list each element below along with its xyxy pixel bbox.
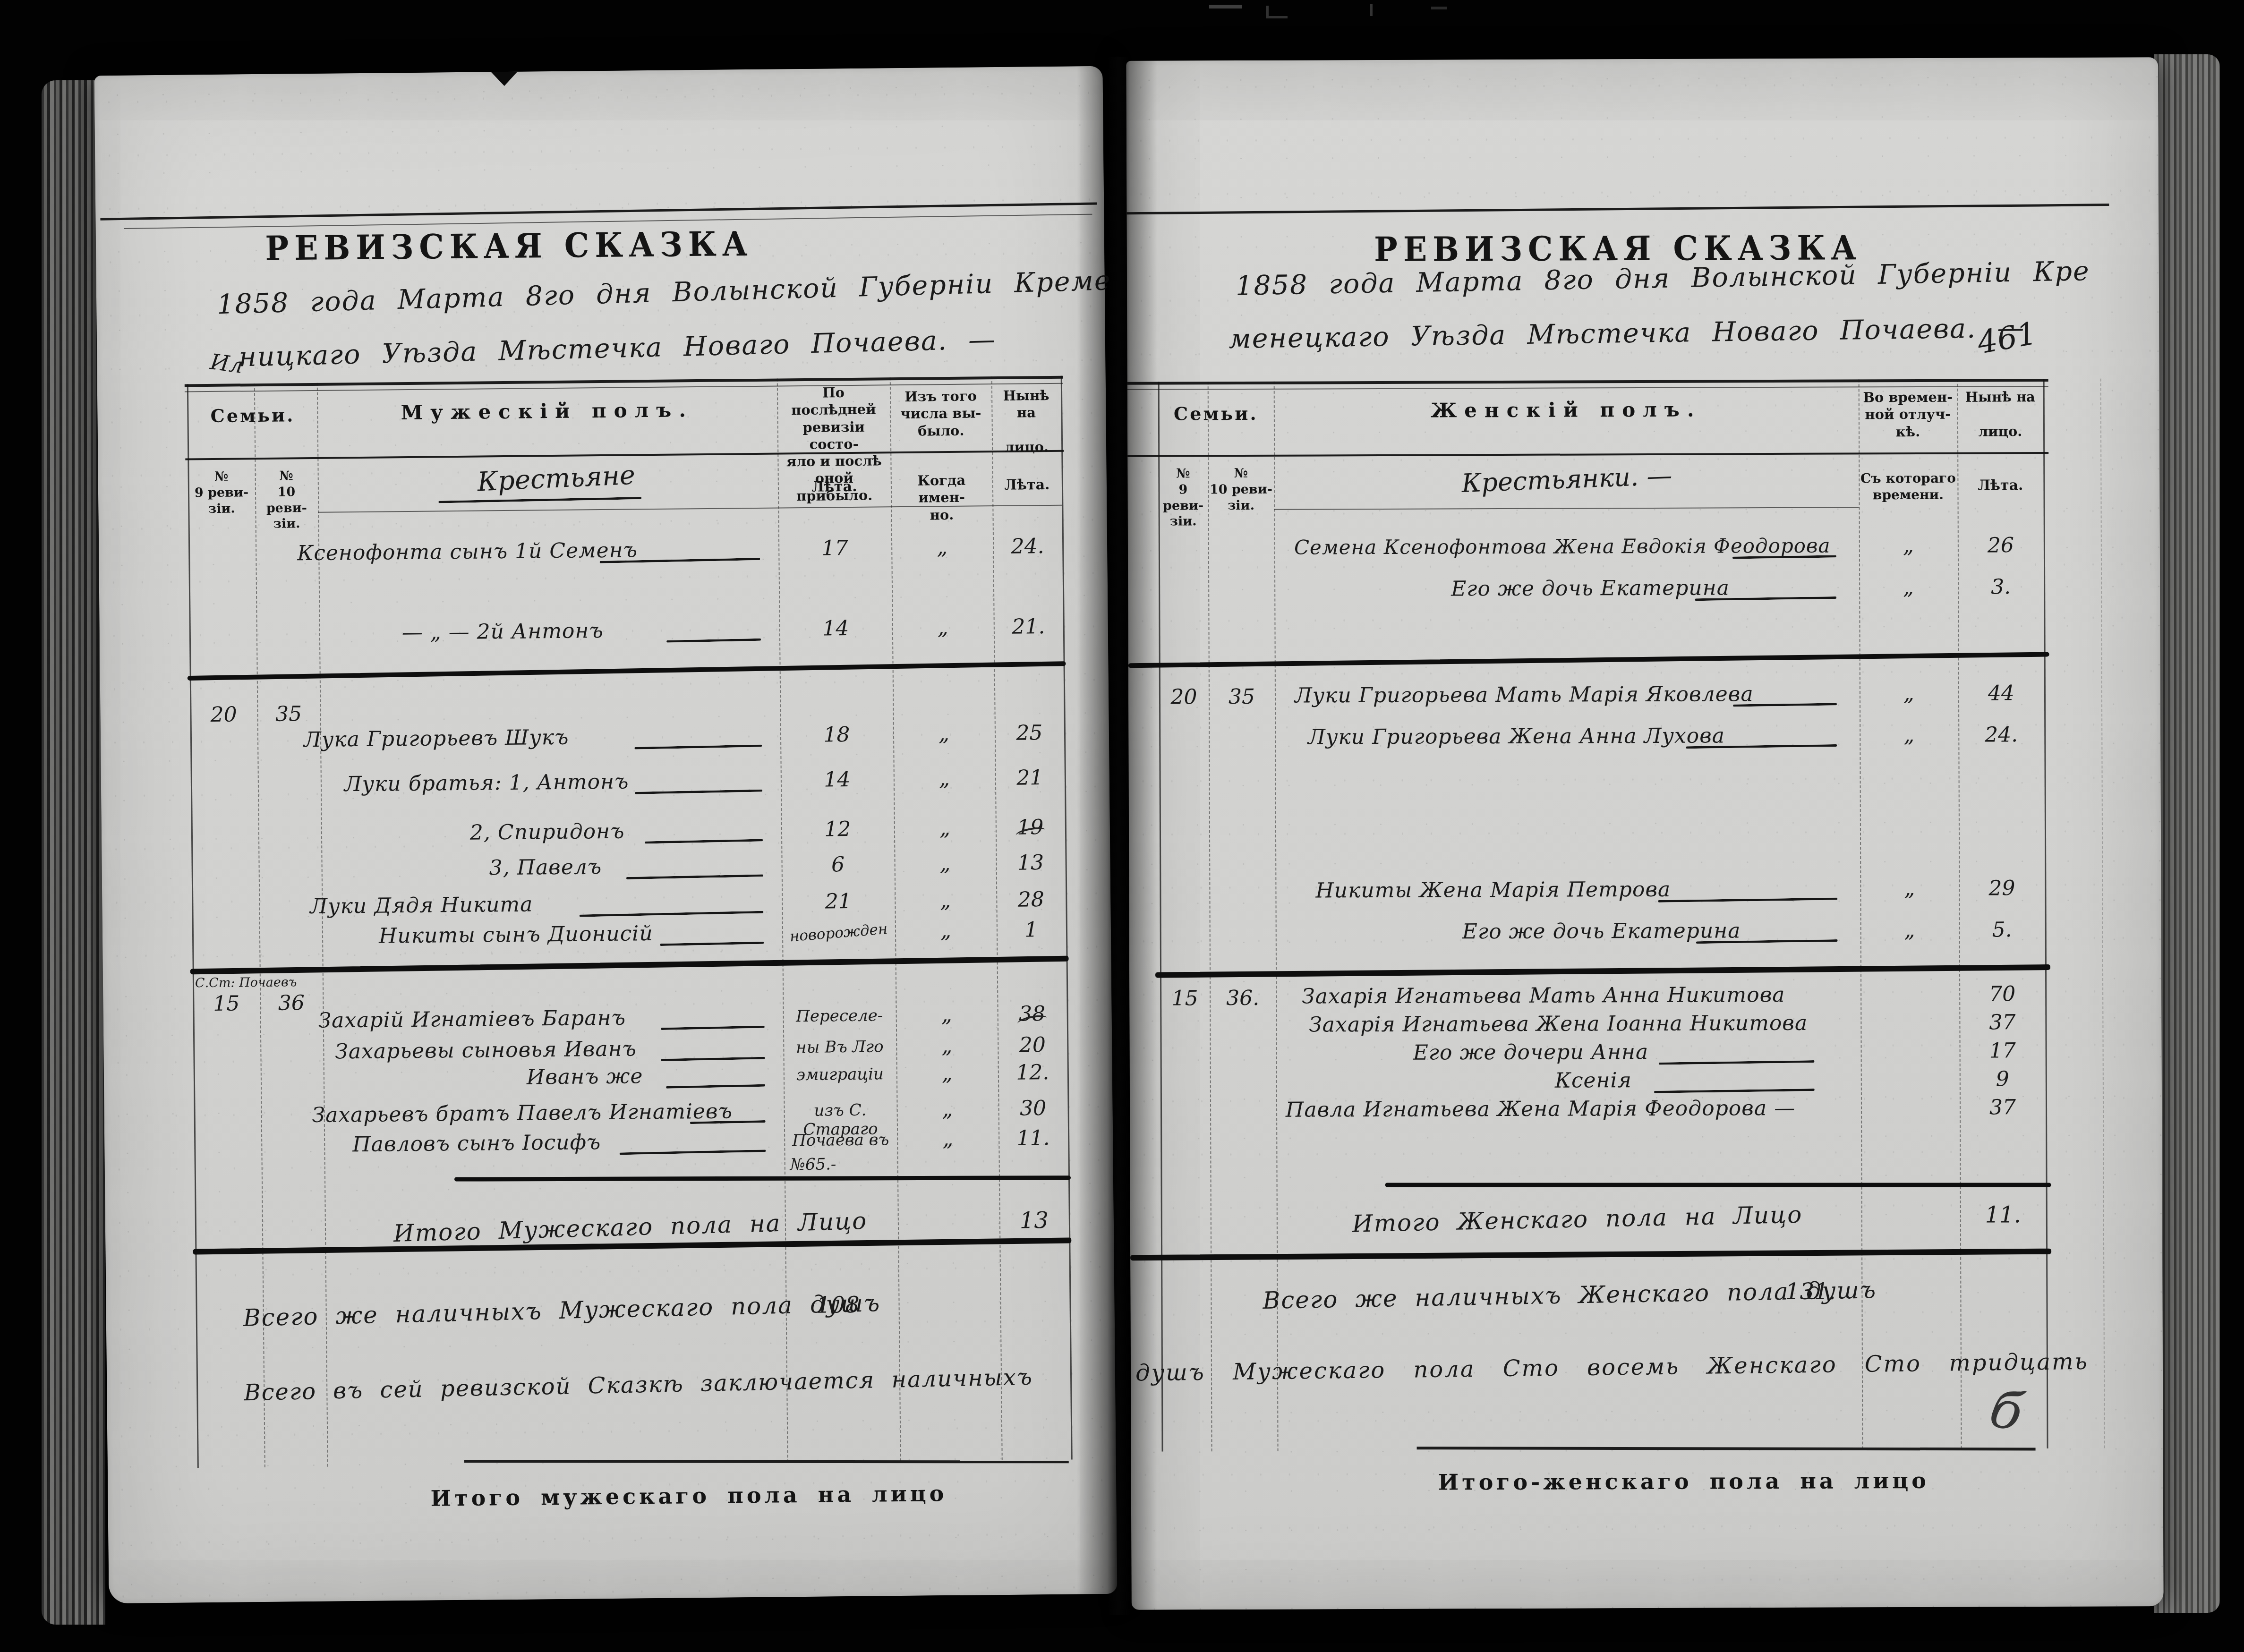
entry-name: Павловъ сынъ Іосифъ xyxy=(352,1130,601,1157)
entry-age: 70 xyxy=(1959,982,2045,1006)
entry-prev-age: Почаева въ xyxy=(784,1130,897,1150)
printed-footer: Итого-женскаго пола на лицо xyxy=(1400,1468,1967,1495)
entry-name: Его же дочь Екатерина xyxy=(1462,919,1741,944)
family-no-rev9: 15 xyxy=(1160,986,1210,1010)
entry-name: 2, Спиридонъ xyxy=(470,819,625,845)
closing-flourish: б xyxy=(1985,1378,2028,1443)
entry-age: 3. xyxy=(1958,575,2044,599)
total-value: 13 xyxy=(999,1207,1069,1234)
footer-rule xyxy=(1417,1447,2036,1450)
entry-prev-age: ны Въ Лго xyxy=(783,1037,896,1057)
subheader-prev-years: Лѣта. xyxy=(779,478,889,495)
grand-total-value: 131. xyxy=(1758,1278,1862,1305)
col-header-away: Во времен- ной отлуч- кѣ. xyxy=(1860,389,1956,440)
entry-underline xyxy=(661,1057,765,1061)
entry-underline xyxy=(580,911,764,917)
entry-prev-age: эмиграціи xyxy=(784,1064,896,1084)
table-top-line xyxy=(185,376,1063,387)
entry-age: 9 xyxy=(1960,1067,2046,1091)
entry-underline xyxy=(1659,1060,1815,1065)
family-no-rev10: 36 xyxy=(260,991,323,1015)
entry-age: 5. xyxy=(1959,918,2045,942)
entry-name: Захарія Игнатьева Мать Анна Никитова xyxy=(1302,983,1785,1009)
entry-age: 37 xyxy=(1959,1010,2045,1035)
entry-name: Никиты сынъ Дионисій xyxy=(379,921,653,948)
family-no-rev10: 35 xyxy=(257,702,320,726)
entry-underline xyxy=(626,874,763,879)
entry-ditto: „ xyxy=(1859,575,1958,600)
date-line-2: менецкаго Уѣзда Мѣстечка Новаго Почаева.… xyxy=(1229,312,2025,355)
col-header-now-present: Нынѣ на лицо. xyxy=(1959,388,2042,440)
entry-underline xyxy=(645,839,763,843)
total-divider xyxy=(1130,1249,2051,1261)
estate-label-handwritten: Крестьяне xyxy=(424,458,689,500)
subheader-rev9: № 9 реви- зіи. xyxy=(1159,466,1207,529)
entry-ditto: „ xyxy=(892,615,994,640)
entry-name: Луки Григорьева Жена Анна Лухова xyxy=(1308,724,1725,749)
entry-age: 12. xyxy=(998,1060,1067,1085)
col-header-family: Семьи. xyxy=(188,404,317,427)
entry-name: Луки Григорьева Мать Марія Яковлева xyxy=(1295,682,1754,707)
entry-age: 13 xyxy=(996,851,1065,875)
subheader-rev10: № 10 реви- зіи. xyxy=(256,468,317,532)
col-line xyxy=(2043,379,2048,1448)
entry-name: Ксенія xyxy=(1555,1068,1632,1093)
entry-prev-age: 18 xyxy=(780,722,893,747)
top-rule xyxy=(100,203,1097,221)
entry-age: 30 xyxy=(998,1096,1067,1121)
col-line xyxy=(1158,382,1163,1452)
page-margin-line xyxy=(2100,379,2105,1448)
entry-ditto: „ xyxy=(1860,918,1959,943)
entry-name: Захарьевы сыновья Иванъ xyxy=(335,1037,637,1064)
entry-name: 3, Павелъ xyxy=(489,855,602,880)
entry-name: Захарій Игнатіевъ Баранъ xyxy=(318,1006,626,1033)
entry-name: Его же дочь Екатерина xyxy=(1451,576,1730,601)
family-divider xyxy=(1128,652,2049,668)
total-value: 11. xyxy=(1960,1201,2046,1228)
entry-ditto: „ xyxy=(896,1033,998,1058)
total-label: Итого Женскаго пола на Лицо xyxy=(1352,1201,1802,1238)
entry-underline xyxy=(635,789,762,794)
entry-underline xyxy=(634,744,762,749)
entry-age: 11. xyxy=(998,1126,1068,1150)
closing-line: Всего въ сей ревизской Сказкѣ заключаетс… xyxy=(244,1364,1033,1406)
family-no-rev9: 20 xyxy=(1159,685,1209,709)
entry-underline xyxy=(1658,898,1837,903)
entry-ditto: „ xyxy=(1859,534,1958,558)
subheader-rev10: № 10 реви- зіи. xyxy=(1209,466,1273,514)
entry-name: Лука Григорьевъ Шукъ xyxy=(304,725,569,752)
book-right-edge xyxy=(2154,54,2220,1613)
entry-age: 1 xyxy=(997,918,1066,942)
entry-ditto: „ xyxy=(895,918,997,943)
entry-ditto: „ xyxy=(894,816,996,841)
col-header-family: Семьи. xyxy=(1159,403,1273,425)
col-line xyxy=(187,384,199,1468)
book-left-edge xyxy=(42,80,105,1625)
printed-footer: Итого мужескаго пола на лицо xyxy=(405,1481,972,1512)
entry-prev-age: 14 xyxy=(781,767,894,792)
entry-name: Захарьевъ братъ Павелъ Игнатіевъ xyxy=(312,1099,733,1127)
film-scratch xyxy=(1266,6,1288,18)
entry-underline xyxy=(661,1026,765,1030)
entry-prev-age: 12 xyxy=(781,817,894,842)
entry-ditto: „ xyxy=(893,721,995,746)
entry-ditto: „ xyxy=(896,1002,997,1027)
entry-age: 44 xyxy=(1958,681,2044,706)
entry-ditto: „ xyxy=(1860,877,1959,901)
subheader-since-when: Съ котораго времени. xyxy=(1860,470,1956,503)
subheader-rev9: № 9 реви- зіи. xyxy=(189,468,255,517)
header-mid-line xyxy=(1127,452,2048,457)
entry-prev-age: 6 xyxy=(781,852,894,877)
entry-name: Павла Игнатьева Жена Марія Феодорова — xyxy=(1286,1096,1795,1122)
entry-ditto: „ xyxy=(894,851,996,876)
col-header-now-present: Нынѣ на лицо. xyxy=(993,387,1060,456)
entry-age: 21 xyxy=(995,766,1065,790)
subheader-when-exactly: Когда имен- но. xyxy=(892,471,991,524)
entry-prev-age: 17 xyxy=(778,536,891,561)
entry-name: — „ — 2й Антонъ xyxy=(402,619,604,645)
subheader-now-years: Лѣта. xyxy=(1959,477,2042,494)
entry-name: Никиты Жена Марія Петрова xyxy=(1315,877,1671,903)
closing-line: душъ Мужескаго пола Сто восемь Женскаго … xyxy=(1135,1348,2089,1387)
col-line xyxy=(1208,382,1212,1451)
entry-ditto: „ xyxy=(894,766,995,791)
top-rule xyxy=(1126,204,2109,214)
entry-prev-age-2: №65.- xyxy=(785,1154,903,1174)
entry-ditto: „ xyxy=(897,1126,998,1151)
right-page: РЕВИЗСКАЯ СКАЗКА 1858 года Марта 8го дня… xyxy=(1126,57,2163,1610)
entry-underline xyxy=(666,639,761,643)
entry-ditto: „ xyxy=(896,1097,998,1122)
family-divider xyxy=(1155,964,2050,978)
family-no-rev9: 15 xyxy=(193,991,260,1016)
entry-ditto: „ xyxy=(896,1061,998,1086)
entry-underline xyxy=(619,1150,766,1155)
family-no-rev10: 35 xyxy=(1209,685,1275,709)
entry-age: 28 xyxy=(996,887,1066,912)
entry-name: Луки братья: 1, Антонъ xyxy=(344,770,629,797)
entry-age: 24. xyxy=(1958,723,2044,747)
entry-prev-age: 14 xyxy=(779,616,892,641)
entry-age: 17 xyxy=(1960,1039,2046,1063)
table-top-line xyxy=(1127,379,2048,385)
entry-underline xyxy=(660,942,764,946)
subtotal-divider xyxy=(1385,1183,2051,1187)
film-scratch xyxy=(1209,5,1242,9)
footer-rule xyxy=(464,1460,1069,1463)
family-no-rev10: 36. xyxy=(1210,986,1276,1010)
entry-ditto: „ xyxy=(1860,723,1958,748)
section-note: С.Ст: Почаевъ xyxy=(195,975,297,990)
entry-ditto: „ xyxy=(895,888,996,913)
col-header-departed: Изъ того числа вы- было. xyxy=(891,387,990,440)
date-line-2: ницкаго Уѣзда Мѣстечка Новаго Почаева. — xyxy=(239,324,997,373)
entry-underline xyxy=(666,1084,765,1089)
page-notch xyxy=(491,72,517,86)
book-scan: РЕВИЗСКАЯ СКАЗКА 1858 года Марта 8го дня… xyxy=(0,0,2244,1652)
entry-prev-age: Переселе- xyxy=(783,1006,896,1026)
entry-name: Семена Ксенофонтова Жена Евдокія Феодоро… xyxy=(1294,534,1831,559)
entry-name: Его же дочери Анна xyxy=(1413,1040,1649,1065)
col-header-sex: Мужескій полъ. xyxy=(317,397,777,425)
left-page: РЕВИЗСКАЯ СКАЗКА 1858 года Марта 8го дня… xyxy=(94,66,1118,1603)
entry-age: 20 xyxy=(998,1033,1067,1057)
entry-ditto: „ xyxy=(891,535,993,560)
entry-name: Захарія Игнатьева Жена Іоанна Никитова xyxy=(1309,1011,1808,1037)
estate-label-handwritten: Крестьянки. — xyxy=(1420,459,1714,500)
entry-name: Иванъ же xyxy=(527,1064,643,1089)
entry-age: 25 xyxy=(995,721,1064,745)
subheader-line xyxy=(1274,507,1859,510)
film-scratch xyxy=(1370,4,1373,16)
entry-age: 26 xyxy=(1958,533,2044,558)
subheader-now-years: Лѣта. xyxy=(994,477,1060,494)
page-title: РЕВИЗСКАЯ СКАЗКА xyxy=(226,223,793,269)
date-line-1: 1858 года Марта 8го дня Волынской Губерн… xyxy=(216,265,1111,320)
entry-ditto: „ xyxy=(1860,681,1958,706)
entry-underline xyxy=(1654,1089,1815,1093)
entry-age: 37 xyxy=(1960,1095,2046,1120)
film-scratch xyxy=(1431,7,1447,9)
entry-age: 29 xyxy=(1959,876,2045,901)
entry-age: 24. xyxy=(993,534,1062,559)
subtotal-divider xyxy=(454,1175,1071,1181)
grand-total-value: 108 xyxy=(781,1291,895,1319)
entry-prev-age: новорожден xyxy=(782,920,896,946)
family-no-rev9: 20 xyxy=(190,702,257,727)
margin-mark: Ил xyxy=(209,349,245,378)
entry-prev-age: 21 xyxy=(782,889,895,914)
entry-name: Ксенофонта сынъ 1й Семенъ xyxy=(297,538,638,565)
entry-name: Луки Дядя Никита xyxy=(310,892,533,919)
entry-age: 21. xyxy=(994,614,1063,639)
col-header-sex: Женскій полъ. xyxy=(1274,397,1859,422)
